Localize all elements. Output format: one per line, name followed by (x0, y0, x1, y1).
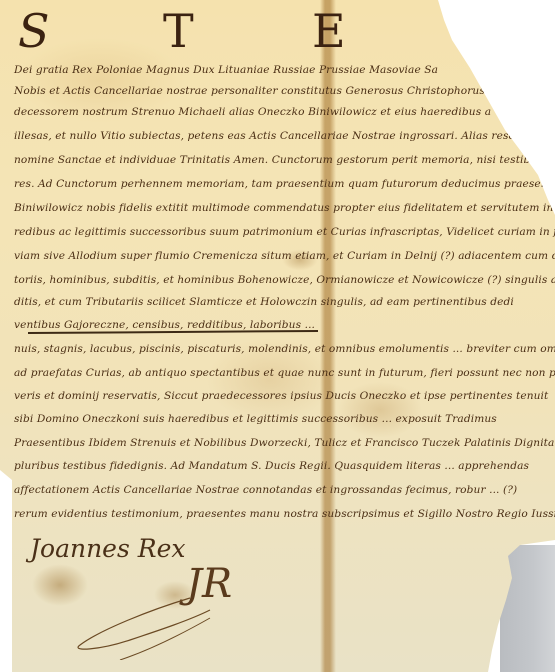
header-letter-t: T (163, 6, 194, 56)
royal-signature: Joannes Rex (30, 534, 185, 563)
text-line: Biniwilowicz nobis fidelis extitit multi… (14, 202, 553, 214)
text-line: ventibus Gajoreczne, censibus, redditibu… (14, 319, 315, 331)
text-line: ditis, et cum Tributariis scilicet Slamt… (14, 296, 514, 308)
text-line: ad praefatas Curias, ab antiquo spectant… (14, 367, 555, 379)
text-line: res. Ad Cunctorum perhennem memoriam, ta… (14, 178, 552, 190)
header-letter-s: S (18, 6, 50, 56)
text-line: rerum evidentius testimonium, praesentes… (14, 508, 555, 520)
text-line: sibi Domino Oneczkoni suis haeredibus et… (14, 413, 497, 425)
text-line: Dei gratia Rex Poloniae Magnus Dux Litua… (14, 64, 438, 76)
parchment-document: S T E Dei gratia Rex Poloniae Magnus Dux… (0, 0, 555, 672)
text-line: nomine Sanctae et individuae Trinitatis … (14, 154, 543, 166)
text-line: nuis, stagnis, lacubus, piscinis, piscat… (14, 343, 555, 355)
text-line: toriis, hominibus, subditis, et hominibu… (14, 274, 555, 286)
header-letter-e: E (312, 6, 346, 56)
text-line: affectationem Actis Cancellariae Nostrae… (14, 484, 517, 496)
text-line: Praesentibus Ibidem Strenuis et Nobilibu… (14, 437, 555, 449)
text-line: viam sive Allodium super flumio Cremenic… (14, 250, 555, 262)
text-line: Nobis et Actis Cancellariae nostrae pers… (14, 85, 499, 97)
signature-flourish-icon (60, 590, 260, 660)
text-line: illesas, et nullo Vitio subiectas, peten… (14, 130, 552, 142)
text-line: pluribus testibus fidedignis. Ad Mandatu… (14, 460, 529, 472)
document-header: S T E (0, 6, 555, 56)
text-line: decessorem nostrum Strenuo Michaeli alia… (14, 106, 491, 118)
text-line: redibus ac legittimis successoribus suum… (14, 226, 555, 238)
text-line: veris et dominij reservatis, Siccut prae… (14, 390, 548, 402)
